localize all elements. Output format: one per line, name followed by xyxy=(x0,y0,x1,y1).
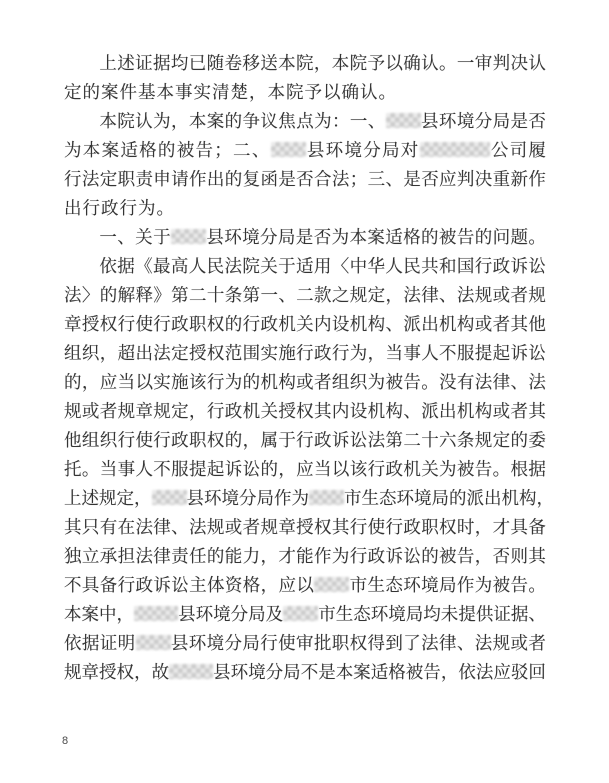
document-character: 议 xyxy=(260,108,278,133)
document-character: 适 xyxy=(371,659,389,684)
document-character: 是 xyxy=(510,108,528,133)
document-line: 的，应当以实施该行为的机构或者组织为被告。没有法律、法 xyxy=(64,367,546,396)
document-character: 院 xyxy=(296,50,314,75)
document-character: 法 xyxy=(225,253,243,278)
document-character: 或 xyxy=(82,398,100,423)
document-character: 环 xyxy=(196,601,214,626)
document-character: 织 xyxy=(350,369,368,394)
document-character: 述 xyxy=(82,485,100,510)
document-character: 和 xyxy=(439,253,457,278)
document-character: 是 xyxy=(278,166,296,191)
document-character: 环 xyxy=(189,630,207,655)
document-character: 规 xyxy=(64,659,82,684)
document-character: 局 xyxy=(432,485,450,510)
document-character: 人 xyxy=(135,456,153,481)
document-character: 〈 xyxy=(332,253,350,278)
document-character: 构 xyxy=(519,485,537,510)
document-character: 实 xyxy=(260,340,278,365)
redaction-blur xyxy=(171,229,206,244)
document-character: 确 xyxy=(342,79,360,104)
document-character: 、 xyxy=(117,224,135,249)
document-character: 县 xyxy=(206,224,224,249)
document-character: 分 xyxy=(239,485,257,510)
document-character: 清 xyxy=(212,79,230,104)
document-character: 的 xyxy=(243,369,261,394)
document-character: 为 xyxy=(225,369,243,394)
document-character: 生 xyxy=(336,601,354,626)
document-character: ， xyxy=(385,282,403,307)
document-character: 为 xyxy=(332,224,350,249)
document-character: 关 xyxy=(421,456,439,481)
document-character: 力 xyxy=(243,543,261,568)
document-character: 、 xyxy=(278,282,296,307)
document-character: 职 xyxy=(332,630,350,655)
document-character: 章 xyxy=(135,398,153,423)
document-character: 政 xyxy=(260,311,278,336)
document-character: 法 xyxy=(476,659,494,684)
redaction-blur xyxy=(134,606,178,621)
document-character: 诉 xyxy=(153,572,171,597)
document-character: 资 xyxy=(225,572,243,597)
document-character: 作 xyxy=(189,166,207,191)
document-character: 上 xyxy=(64,485,82,510)
document-character: 驳 xyxy=(511,659,529,684)
document-line: 组织，超出法定授权范围实施行政行为，当事人不服提起诉讼 xyxy=(64,338,546,367)
document-character: 能 xyxy=(296,543,314,568)
document-character: 一 xyxy=(457,50,475,75)
document-character: 者 xyxy=(510,282,528,307)
document-line: 法〉的解释》第二十条第一、二款之规定，法律、法规或者规 xyxy=(64,280,546,309)
redaction-blur xyxy=(420,142,490,157)
document-character: 审 xyxy=(296,630,314,655)
document-character: 环 xyxy=(204,485,222,510)
document-character: 的 xyxy=(207,543,225,568)
document-character: 随 xyxy=(207,50,225,75)
document-character: 高 xyxy=(171,253,189,278)
document-character: 讼 xyxy=(171,572,189,597)
document-character: 根 xyxy=(510,456,528,481)
document-character: 行 xyxy=(350,514,368,539)
document-character: 行 xyxy=(260,630,278,655)
document-character: 二 xyxy=(233,137,251,162)
document-character: 法 xyxy=(189,514,207,539)
redaction-blur xyxy=(283,606,318,621)
document-character: 函 xyxy=(260,166,278,191)
document-character: 依 xyxy=(64,630,82,655)
document-character: 本 xyxy=(278,50,296,75)
document-character: 争 xyxy=(243,108,261,133)
document-character: 证 xyxy=(100,630,118,655)
document-character: 律 xyxy=(421,282,439,307)
document-character: 或 xyxy=(511,630,529,655)
document-character: 权 xyxy=(207,427,225,452)
document-character: 职 xyxy=(118,166,136,191)
document-character: 境 xyxy=(388,601,406,626)
document-character: 实 xyxy=(194,79,212,104)
document-character: 诉 xyxy=(511,253,529,278)
document-character: 本 xyxy=(336,659,354,684)
document-character: 当 xyxy=(118,369,136,394)
document-character: 本 xyxy=(189,108,207,133)
document-character: 规 xyxy=(475,282,493,307)
document-character: 六 xyxy=(439,427,457,452)
document-character: 人 xyxy=(421,340,439,365)
document-character: 。 xyxy=(421,369,439,394)
document-character: 决 xyxy=(475,166,493,191)
document-character: ， xyxy=(117,601,135,626)
document-character: 格 xyxy=(243,572,261,597)
document-character: 据 xyxy=(511,601,529,626)
document-character: ， xyxy=(134,485,152,510)
document-character: 以 xyxy=(385,50,403,75)
redaction-blur xyxy=(386,113,421,128)
document-character: 人 xyxy=(189,253,207,278)
document-character: 问 xyxy=(493,224,511,249)
document-character: 或 xyxy=(225,514,243,539)
document-character: 确 xyxy=(403,50,421,75)
document-character: 章 xyxy=(82,659,100,684)
document-character: 认 xyxy=(528,50,546,75)
document-character: 提 xyxy=(458,601,476,626)
document-character: 政 xyxy=(385,456,403,481)
document-character: 构 xyxy=(368,311,386,336)
document-character: 法 xyxy=(421,630,439,655)
document-character: 否 xyxy=(296,166,314,191)
document-character: 政 xyxy=(403,514,421,539)
document-line: 依据证明县环境分局行使审批职权得到了法律、法规或者 xyxy=(64,628,546,657)
redaction-blur xyxy=(152,490,187,505)
document-character: 送 xyxy=(260,50,278,75)
document-character: 否 xyxy=(493,543,511,568)
document-line: 他组织行使行政职权的，属于行政诉讼法第二十六条规定的委 xyxy=(64,425,546,454)
document-character: 的 xyxy=(510,427,528,452)
document-character: 被 xyxy=(385,369,403,394)
document-character: 规 xyxy=(64,398,82,423)
paragraph-indent xyxy=(64,62,99,63)
document-character: 使 xyxy=(278,630,296,655)
document-character: 政 xyxy=(136,572,154,597)
document-character: 或 xyxy=(475,311,493,336)
document-character: 者 xyxy=(100,398,118,423)
document-character: 第 xyxy=(385,427,403,452)
document-character: 态 xyxy=(353,601,371,626)
document-character: 上 xyxy=(99,50,117,75)
document-character: 、 xyxy=(252,137,270,162)
document-character: 审 xyxy=(475,50,493,75)
document-character: 没 xyxy=(439,369,457,394)
document-character: 为 xyxy=(138,195,156,220)
document-character: 政 xyxy=(171,311,189,336)
document-character: 件 xyxy=(120,79,138,104)
document-character: 县 xyxy=(307,137,325,162)
document-character: 格 xyxy=(403,224,421,249)
document-character: 释 xyxy=(135,282,153,307)
document-character: 才 xyxy=(278,543,296,568)
document-character: 案 xyxy=(367,224,385,249)
document-character: 职 xyxy=(189,311,207,336)
document-character: 诉 xyxy=(385,543,403,568)
document-character: 本 xyxy=(332,50,350,75)
document-character: ， xyxy=(189,398,207,423)
document-character: 法 xyxy=(135,543,153,568)
document-character: 一 xyxy=(99,224,117,249)
document-character: 授 xyxy=(296,514,314,539)
document-character: ： xyxy=(332,108,350,133)
document-character: 之 xyxy=(332,282,350,307)
document-character: 该 xyxy=(189,369,207,394)
document-page: 上述证据均已随卷移送本院，本院予以确认。一审判决认定的案件基本事实清楚，本院予以… xyxy=(0,0,609,783)
document-character: 被 xyxy=(439,224,457,249)
document-character: 行 xyxy=(83,195,101,220)
document-character: 机 xyxy=(243,398,261,423)
document-character: 不 xyxy=(153,456,171,481)
document-character: 关 xyxy=(260,253,278,278)
document-character: 使 xyxy=(135,427,153,452)
document-character: 案 xyxy=(207,108,225,133)
document-character: ， xyxy=(278,456,296,481)
document-character: 本 xyxy=(64,601,82,626)
document-character: 规 xyxy=(528,282,546,307)
document-character: 为 xyxy=(368,369,386,394)
document-character: 卷 xyxy=(225,50,243,75)
document-character: 机 xyxy=(457,398,475,423)
document-character: 案 xyxy=(101,79,119,104)
document-character: 委 xyxy=(528,427,546,452)
document-character: 县 xyxy=(213,659,231,684)
document-character: 移 xyxy=(242,50,260,75)
document-character: 行 xyxy=(153,427,171,452)
document-character: 律 xyxy=(439,630,457,655)
document-character: 作 xyxy=(528,166,546,191)
document-character: 其 xyxy=(510,311,528,336)
document-character: 备 xyxy=(528,514,546,539)
document-line: 独立承担法律责任的能力，才能作为行政诉讼的被告，否则其 xyxy=(64,541,546,570)
document-character: 在 xyxy=(118,514,136,539)
document-character: 行 xyxy=(207,369,225,394)
text-block: 上述证据均已随卷移送本院，本院予以确认。一审判决认定的案件基本事实清楚，本院予以… xyxy=(64,48,546,686)
document-character: 三 xyxy=(368,166,386,191)
document-character: 内 xyxy=(314,311,332,336)
document-character: 政 xyxy=(225,398,243,423)
document-character: ， xyxy=(475,514,493,539)
document-character: ， xyxy=(171,108,189,133)
document-character: 供 xyxy=(476,601,494,626)
document-character: 不 xyxy=(64,572,82,597)
document-character: 职 xyxy=(421,514,439,539)
document-character: 派 xyxy=(421,398,439,423)
document-character: 未 xyxy=(441,601,459,626)
document-character: ； xyxy=(350,166,368,191)
document-character: 起 xyxy=(493,340,511,365)
document-character: 的 xyxy=(83,79,101,104)
document-character: 局 xyxy=(283,659,301,684)
document-character: 规 xyxy=(350,282,368,307)
document-character: 权 xyxy=(350,630,368,655)
document-character: 授 xyxy=(278,398,296,423)
document-character: 职 xyxy=(189,427,207,452)
document-character: 服 xyxy=(171,456,189,481)
document-character: 判 xyxy=(493,50,511,75)
document-character: 据 xyxy=(82,630,100,655)
document-character: 境 xyxy=(207,630,225,655)
document-character: ， xyxy=(261,572,279,597)
document-character: ， xyxy=(260,543,278,568)
document-character: 其 xyxy=(64,514,82,539)
document-character: 讼 xyxy=(528,253,546,278)
document-character: 环 xyxy=(403,572,421,597)
document-character: 律 xyxy=(153,543,171,568)
document-character: 分 xyxy=(225,630,243,655)
document-character: 承 xyxy=(100,543,118,568)
document-character: 态 xyxy=(385,572,403,597)
document-character: 于 xyxy=(153,224,171,249)
document-character: 适 xyxy=(296,253,314,278)
document-character: 讼 xyxy=(350,427,368,452)
document-character: 政 xyxy=(368,543,386,568)
document-character: 责 xyxy=(135,166,153,191)
document-character: 的 xyxy=(475,224,493,249)
document-character: 应 xyxy=(439,166,457,191)
document-character: 二 xyxy=(403,427,421,452)
document-character: 或 xyxy=(493,282,511,307)
document-line: 不具备行政诉讼主体资格，应以市生态环境局作为被告。 xyxy=(64,570,546,599)
document-character: 均 xyxy=(171,50,189,75)
document-character: 其 xyxy=(528,398,546,423)
document-line: 出行政行为。 xyxy=(64,193,546,222)
document-character: 其 xyxy=(528,543,546,568)
document-character: 备 xyxy=(100,572,118,597)
document-line: 依据《最高人民法院关于适用〈中华人民共和国行政诉讼 xyxy=(64,251,546,280)
document-character: 行 xyxy=(350,543,368,568)
document-character: 机 xyxy=(350,311,368,336)
document-character: 分 xyxy=(475,108,493,133)
document-character: 格 xyxy=(388,659,406,684)
document-character: 点 xyxy=(296,108,314,133)
document-character: 请 xyxy=(171,166,189,191)
document-character: 法 xyxy=(332,166,350,191)
document-character: 行 xyxy=(207,398,225,423)
document-character: 该 xyxy=(350,456,368,481)
document-line: 一、关于县环境分局是否为本案适格的被告的问题。 xyxy=(64,222,546,251)
document-character: 机 xyxy=(439,311,457,336)
document-character: 担 xyxy=(118,543,136,568)
document-character: 诉 xyxy=(510,340,528,365)
document-character: 局 xyxy=(257,485,275,510)
document-character: 条 xyxy=(457,427,475,452)
document-character: 任 xyxy=(189,543,207,568)
document-character: 县 xyxy=(178,601,196,626)
document-character: 提 xyxy=(189,456,207,481)
document-line: 本案中，县环境分局及市生态环境局均未提供证据、 xyxy=(64,599,546,628)
document-character: 法 xyxy=(457,282,475,307)
document-character: 具 xyxy=(510,514,528,539)
document-character: 为 xyxy=(153,108,171,133)
document-character: 为 xyxy=(292,485,310,510)
document-character: 的 xyxy=(64,369,82,394)
document-character: 人 xyxy=(385,253,403,278)
document-character: 履 xyxy=(528,137,546,162)
document-character: 回 xyxy=(528,659,546,684)
document-character: 认 xyxy=(135,108,153,133)
document-character: 政 xyxy=(314,427,332,452)
document-character: 。 xyxy=(379,79,397,104)
document-character: 本 xyxy=(99,108,117,133)
document-character: 条 xyxy=(225,282,243,307)
document-character: 生 xyxy=(368,572,386,597)
document-character: 院 xyxy=(350,50,368,75)
document-character: 二 xyxy=(296,282,314,307)
document-character: 不 xyxy=(439,340,457,365)
document-character: 围 xyxy=(243,340,261,365)
document-character: ； xyxy=(214,137,232,162)
document-character: 行 xyxy=(296,427,314,452)
document-character: 环 xyxy=(397,485,415,510)
document-character: 告 xyxy=(195,137,213,162)
document-character: 国 xyxy=(457,253,475,278)
document-character: 院 xyxy=(286,79,304,104)
document-character: 行 xyxy=(475,253,493,278)
document-character: 机 xyxy=(403,456,421,481)
document-character: 起 xyxy=(207,456,225,481)
document-line: 为本案适格的被告；二、县环境分局对公司履 xyxy=(64,135,546,164)
document-character: 。 xyxy=(439,50,457,75)
document-character: ， xyxy=(243,427,261,452)
document-character: 行 xyxy=(64,166,82,191)
document-character: 的 xyxy=(100,282,118,307)
document-character: 环 xyxy=(439,108,457,133)
redaction-blur xyxy=(309,490,344,505)
document-character: 公 xyxy=(491,137,509,162)
document-character: 华 xyxy=(368,253,386,278)
document-character: 以 xyxy=(332,456,350,481)
document-character: 关 xyxy=(296,311,314,336)
document-character: 否 xyxy=(314,224,332,249)
document-character: 行 xyxy=(118,427,136,452)
document-character: 被 xyxy=(406,659,424,684)
document-character: 法 xyxy=(475,369,493,394)
document-character: 解 xyxy=(118,282,136,307)
document-character: 批 xyxy=(314,630,332,655)
document-character: 行 xyxy=(368,456,386,481)
document-character: 规 xyxy=(475,427,493,452)
document-character: 的 xyxy=(225,427,243,452)
document-character: 行 xyxy=(118,572,136,597)
document-character: 当 xyxy=(385,340,403,365)
document-character: 案 xyxy=(102,137,120,162)
document-character: 政 xyxy=(101,195,119,220)
document-character: 织 xyxy=(82,340,100,365)
document-character: 构 xyxy=(475,398,493,423)
document-character: 。 xyxy=(82,456,100,481)
document-character: 律 xyxy=(153,514,171,539)
document-character: 合 xyxy=(314,166,332,191)
document-character: 境 xyxy=(222,485,240,510)
document-character: 行 xyxy=(385,514,403,539)
document-character: 规 xyxy=(118,398,136,423)
document-character: 、 xyxy=(439,282,457,307)
document-character: 境 xyxy=(242,224,260,249)
document-line: 其只有在法律、法规或者规章授权其行使行政职权时，才具备 xyxy=(64,512,546,541)
document-character: 或 xyxy=(493,398,511,423)
document-character: 环 xyxy=(371,601,389,626)
document-character: 超 xyxy=(118,340,136,365)
document-character: 的 xyxy=(225,311,243,336)
document-character: 予 xyxy=(368,50,386,75)
document-line: 上述规定，县环境分局作为市生态环境局的派出机构， xyxy=(64,483,546,512)
document-character: ， xyxy=(249,79,267,104)
document-character: 出 xyxy=(135,340,153,365)
document-character: 诉 xyxy=(225,456,243,481)
